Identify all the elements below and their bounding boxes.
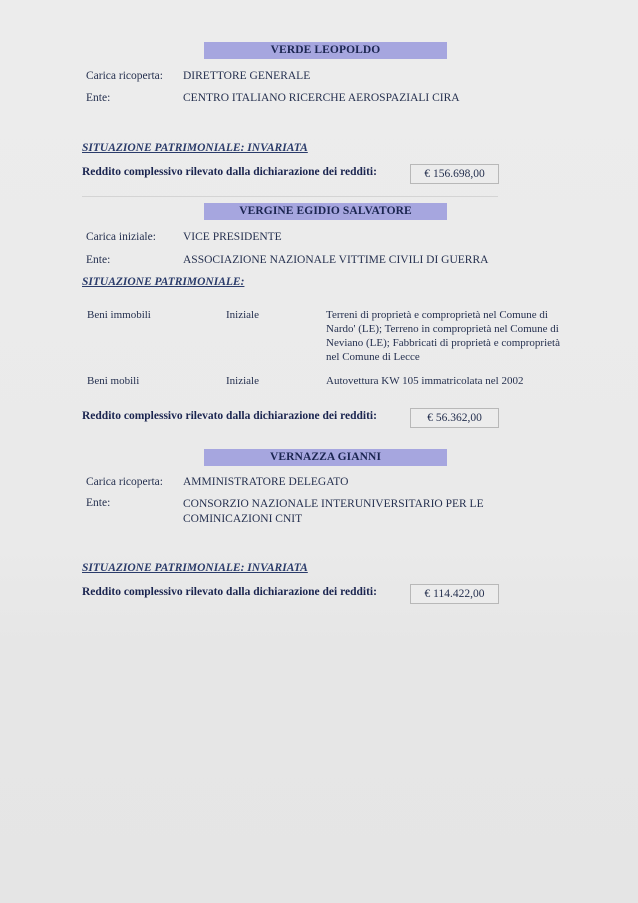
field-label: Ente: bbox=[86, 92, 110, 104]
field-label: Ente: bbox=[86, 497, 110, 509]
beni-tipo: Beni mobili bbox=[87, 374, 139, 388]
situazione-patrimoniale-heading: SITUAZIONE PATRIMONIALE: bbox=[82, 276, 244, 288]
beni-tipo: Beni immobili bbox=[87, 308, 151, 322]
field-label: Carica iniziale: bbox=[86, 231, 156, 243]
reddito-amount-box: € 156.698,00 bbox=[410, 164, 499, 184]
section-divider bbox=[82, 196, 498, 197]
field-label: Carica ricoperta: bbox=[86, 70, 163, 82]
beni-stato: Iniziale bbox=[226, 374, 259, 388]
beni-descrizione: Terreni di proprietà e comproprietà nel … bbox=[326, 308, 566, 364]
reddito-amount-box: € 56.362,00 bbox=[410, 408, 499, 428]
reddito-amount-box: € 114.422,00 bbox=[410, 584, 499, 604]
situazione-patrimoniale-heading: SITUAZIONE PATRIMONIALE: INVARIATA bbox=[82, 562, 308, 574]
field-value: AMMINISTRATORE DELEGATO bbox=[183, 476, 348, 488]
person-name-band: VERDE LEOPOLDO bbox=[204, 42, 447, 59]
beni-stato: Iniziale bbox=[226, 308, 259, 322]
document-page: VERDE LEOPOLDO Carica ricoperta: DIRETTO… bbox=[0, 0, 638, 903]
beni-descrizione: Autovettura KW 105 immatricolata nel 200… bbox=[326, 374, 566, 388]
field-value: CENTRO ITALIANO RICERCHE AEROSPAZIALI CI… bbox=[183, 92, 460, 104]
person-name-band: VERGINE EGIDIO SALVATORE bbox=[204, 203, 447, 220]
reddito-label: Reddito complessivo rilevato dalla dichi… bbox=[82, 586, 377, 598]
field-value: VICE PRESIDENTE bbox=[183, 231, 282, 243]
person-name-band: VERNAZZA GIANNI bbox=[204, 449, 447, 466]
reddito-label: Reddito complessivo rilevato dalla dichi… bbox=[82, 166, 377, 178]
field-label: Carica ricoperta: bbox=[86, 476, 163, 488]
field-label: Ente: bbox=[86, 254, 110, 266]
field-value: CONSORZIO NAZIONALE INTERUNIVERSITARIO P… bbox=[183, 497, 513, 527]
situazione-patrimoniale-heading: SITUAZIONE PATRIMONIALE: INVARIATA bbox=[82, 142, 308, 154]
field-value: ASSOCIAZIONE NAZIONALE VITTIME CIVILI DI… bbox=[183, 254, 488, 266]
reddito-label: Reddito complessivo rilevato dalla dichi… bbox=[82, 410, 377, 422]
field-value: DIRETTORE GENERALE bbox=[183, 70, 310, 82]
